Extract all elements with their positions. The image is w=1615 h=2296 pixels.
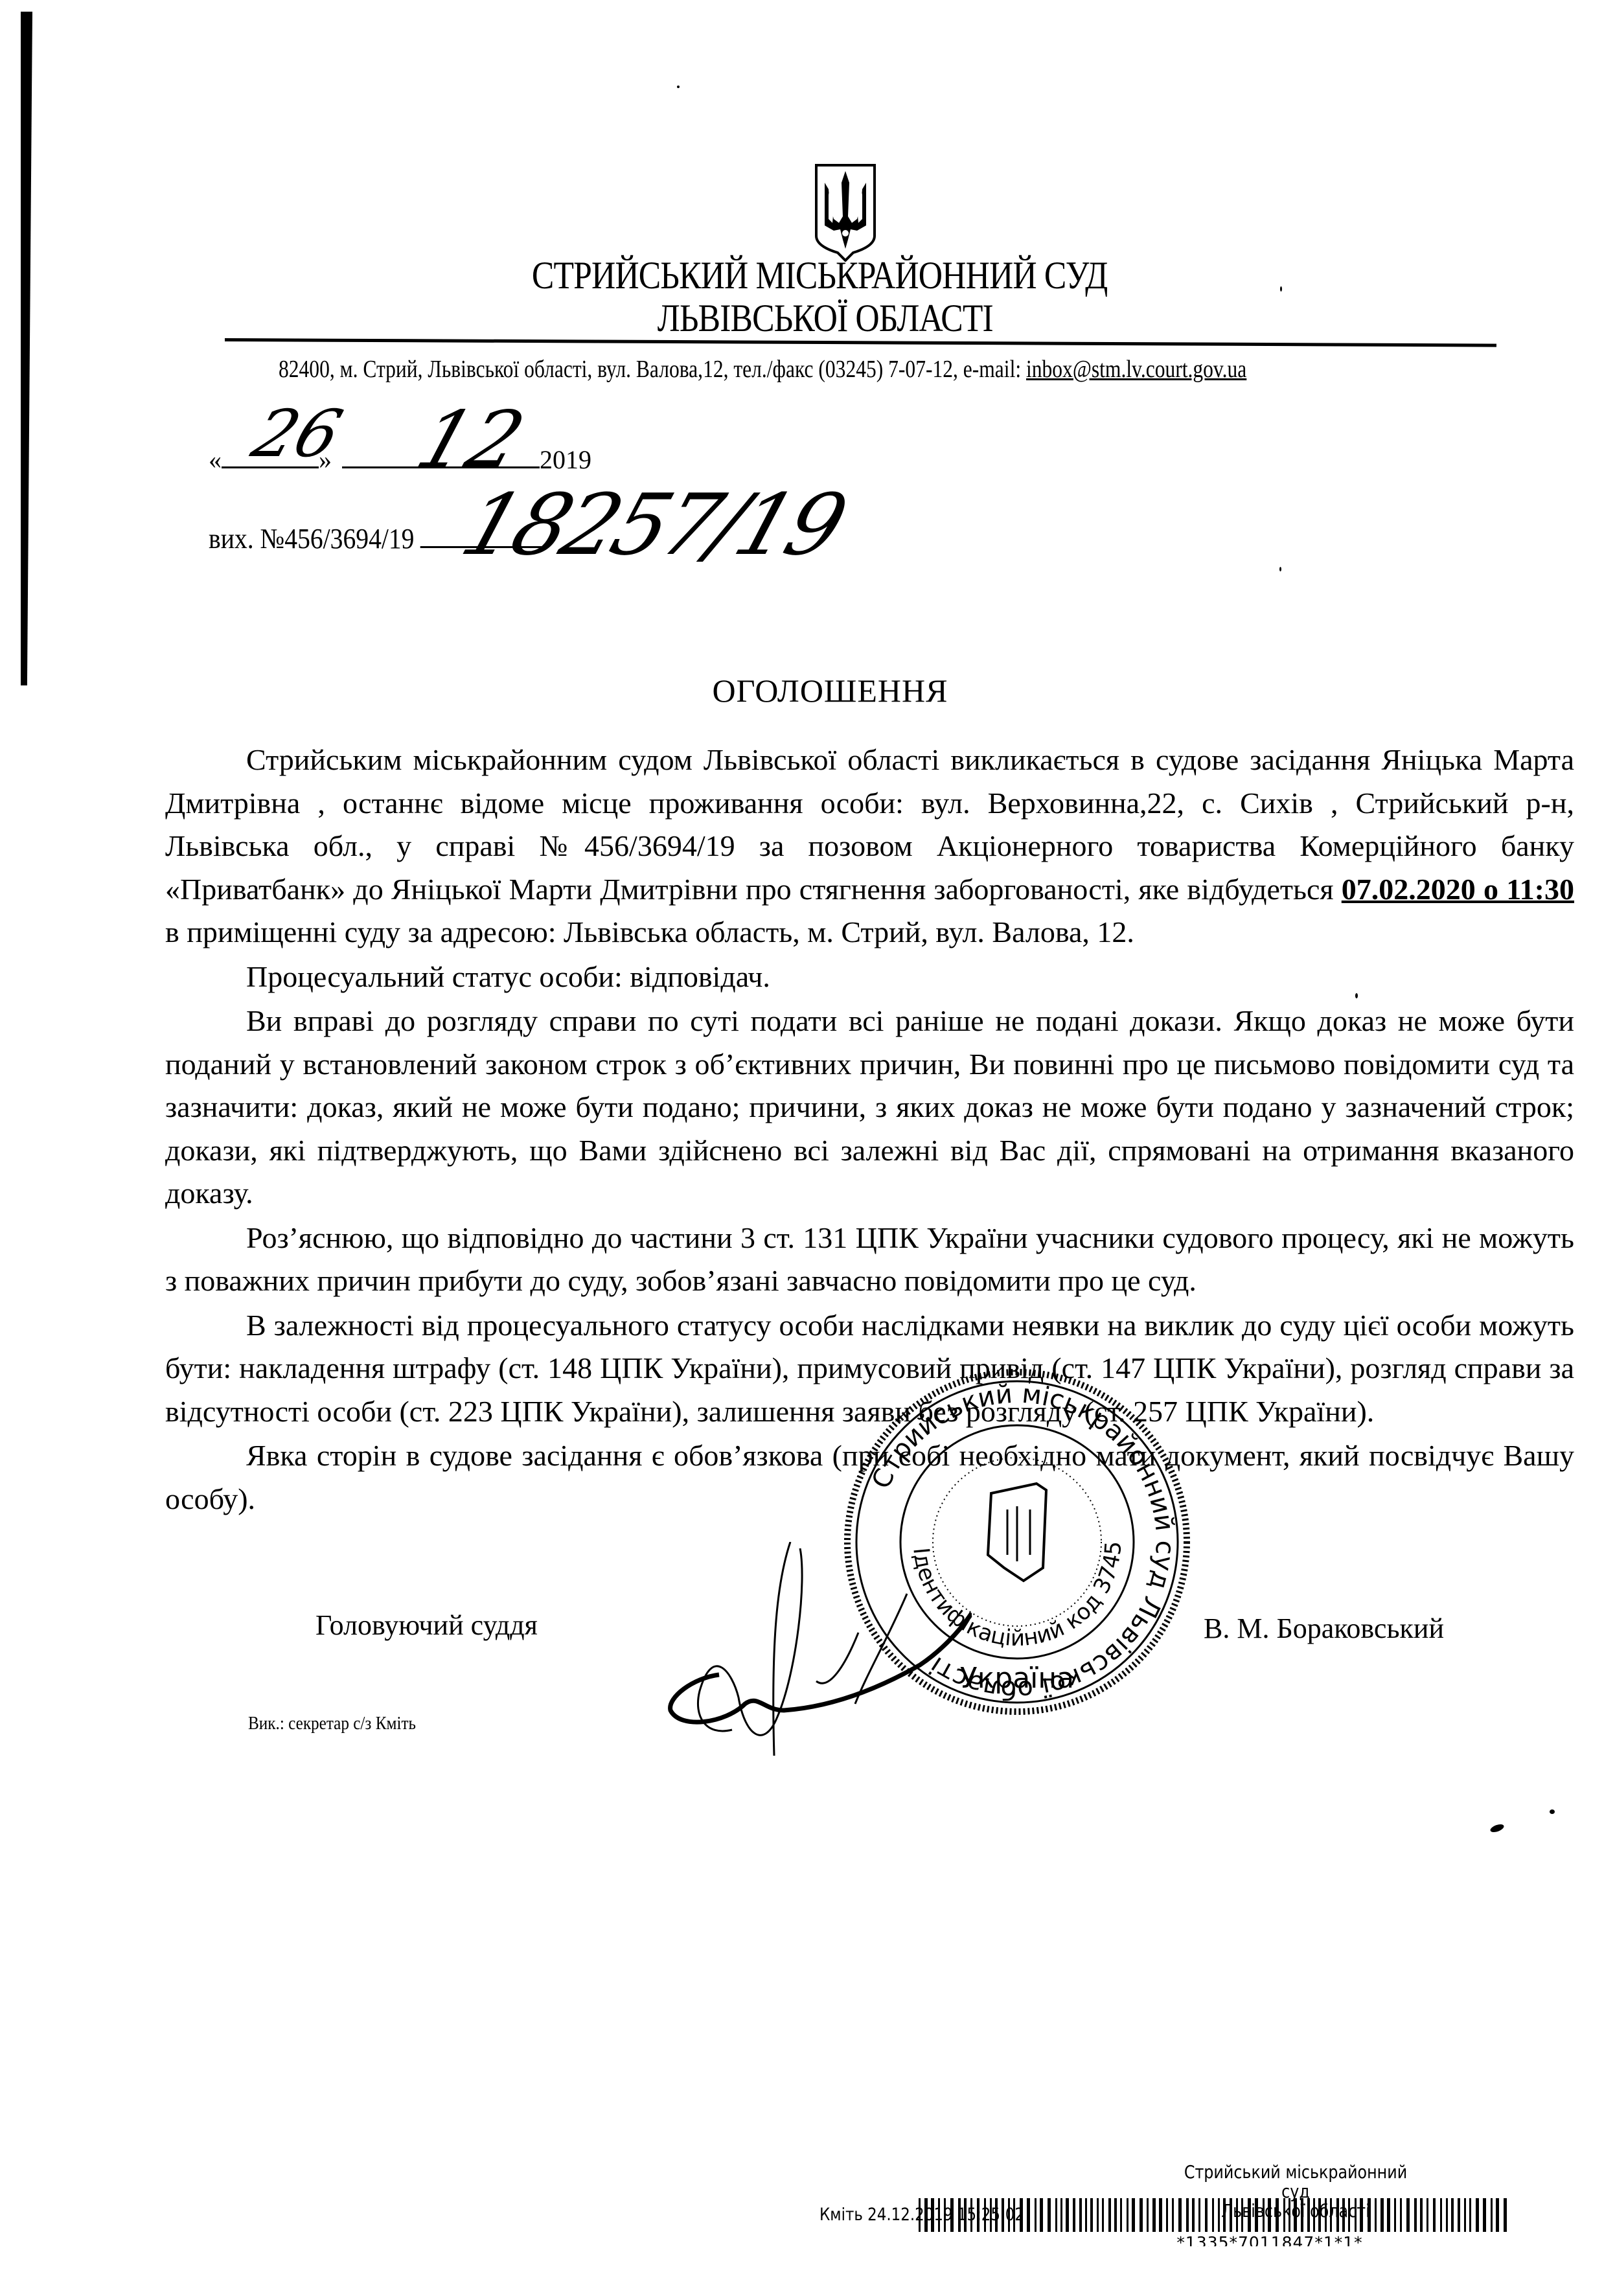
paragraph-summons: Стрийським міськрайонним судом Львівсько… bbox=[165, 739, 1574, 954]
date-open-quote: « bbox=[209, 445, 222, 474]
paragraph-explanation: Роз’яснюю, що відповідно до частини 3 ст… bbox=[165, 1217, 1574, 1303]
presiding-judge-label: Головуючий суддя bbox=[315, 1609, 538, 1642]
scan-speck bbox=[677, 86, 680, 88]
handwritten-outgoing-number: 18257/19 bbox=[453, 483, 853, 567]
document-title: ОГОЛОШЕННЯ bbox=[0, 672, 1615, 709]
court-address: 82400, м. Стрий, Львівської області, вул… bbox=[279, 355, 1246, 384]
scan-speck bbox=[1279, 567, 1281, 571]
court-name-line2: ЛЬВІВСЬКОЇ ОБЛАСТІ bbox=[136, 297, 1514, 339]
scan-speck bbox=[1280, 286, 1282, 292]
ukraine-trident-emblem-icon bbox=[814, 163, 876, 262]
executor-note: Вик.: секретар с/з Кміть bbox=[248, 1714, 416, 1734]
header-divider bbox=[225, 338, 1496, 347]
date-year: 2019 bbox=[540, 445, 591, 474]
scan-speck bbox=[1489, 1823, 1505, 1834]
court-name-line1: СТРИЙСЬКИЙ МІСЬКРАЙОННИЙ СУД bbox=[125, 254, 1514, 297]
scan-edge-artifact bbox=[21, 12, 32, 685]
court-name: СТРИЙСЬКИЙ МІСЬКРАЙОННИЙ СУД ЛЬВІВСЬКОЇ … bbox=[125, 254, 1514, 339]
outgoing-label: вих. №456/3694/19 bbox=[209, 523, 414, 555]
barcode-number: *1335*7011847*1*1* bbox=[1121, 2233, 1419, 2252]
seal-bottom-text: Україна bbox=[960, 1662, 1074, 1695]
hearing-datetime: 07.02.2020 о 11:30 bbox=[1342, 873, 1574, 906]
judge-name: В. М. Бораковський bbox=[1204, 1612, 1444, 1645]
handwritten-signature-icon bbox=[583, 1542, 972, 1762]
barcode-icon bbox=[919, 2198, 1515, 2232]
paragraph-status: Процесуальний статус особи: відповідач. bbox=[165, 956, 1574, 999]
scan-speck bbox=[1355, 993, 1358, 998]
paragraph-evidence: Ви вправі до розгляду справи по суті под… bbox=[165, 1000, 1574, 1215]
email-link[interactable]: inbox@stm.lv.court.gov.ua bbox=[1026, 356, 1246, 383]
scan-speck bbox=[1550, 1809, 1555, 1814]
address-text: 82400, м. Стрий, Львівської області, вул… bbox=[279, 356, 1026, 383]
